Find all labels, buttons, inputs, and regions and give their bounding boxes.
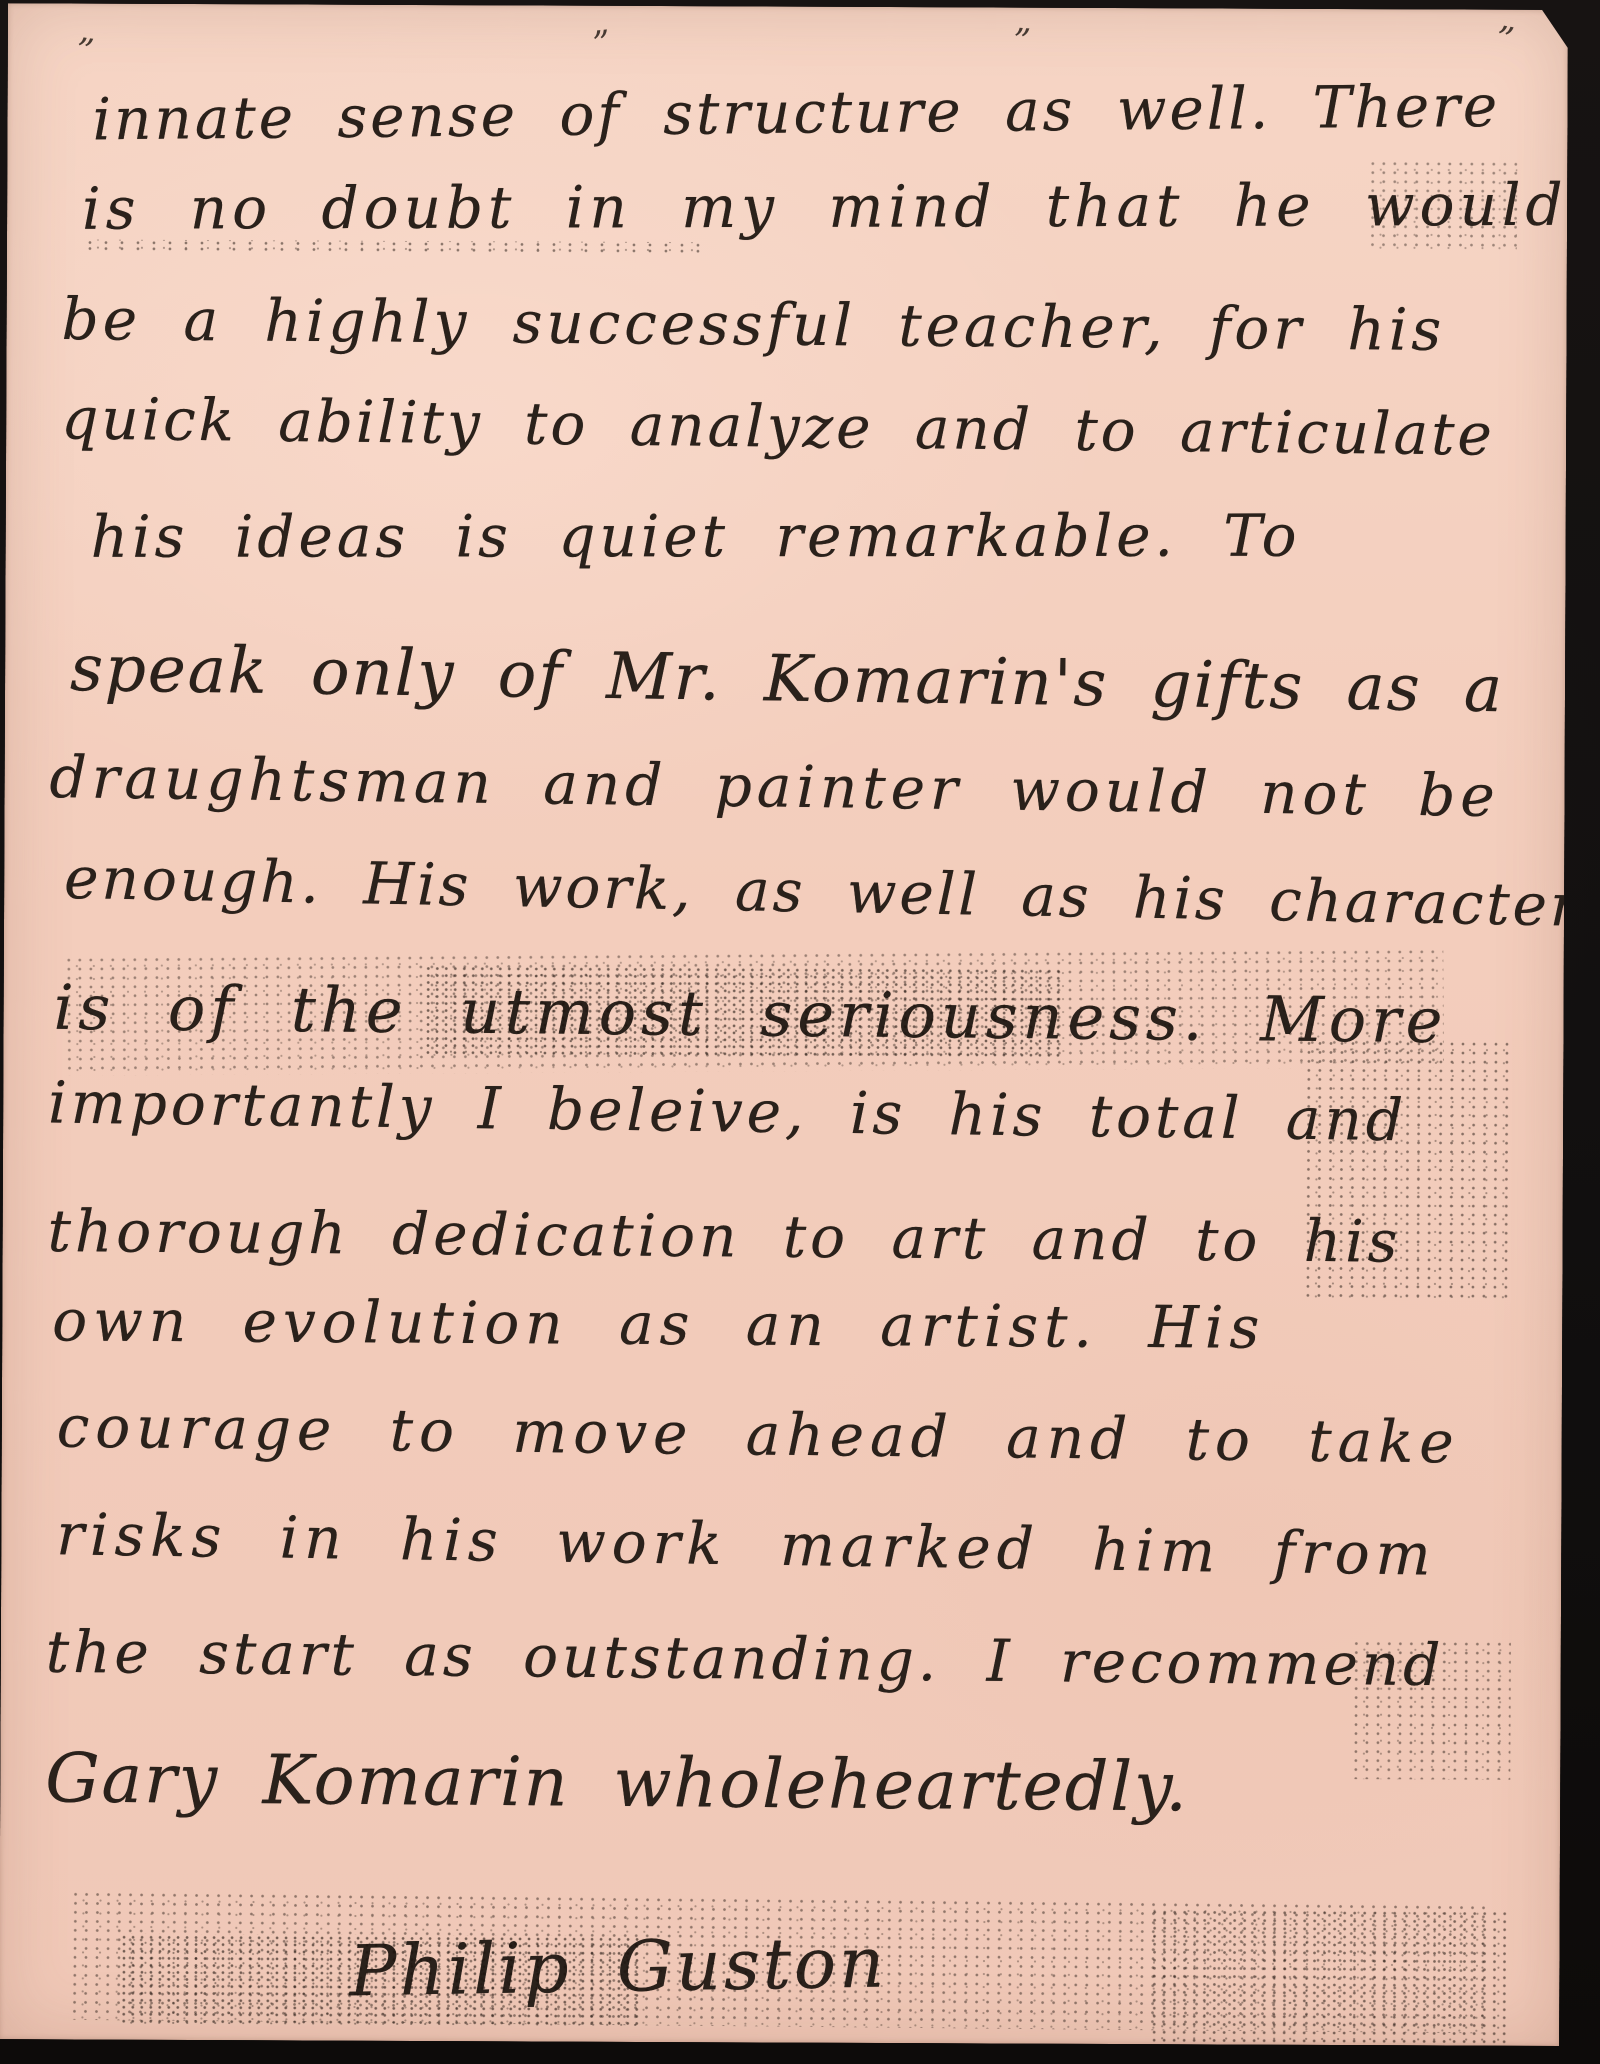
handwritten-line: is no doubt in my mind that he would	[82, 175, 1568, 240]
handwritten-line: the start as outstanding. I recommend	[46, 1622, 1445, 1696]
handwritten-line: is of the utmost seriousness. More	[53, 975, 1447, 1053]
handwritten-line: speak only of Mr. Komarin's gifts as a	[70, 636, 1505, 724]
handwritten-line: quick ability to analyze and to articula…	[61, 388, 1495, 465]
handwritten-line: draughtsman and painter would not be	[49, 747, 1500, 827]
stray-ink-mark: ”	[1011, 21, 1031, 62]
handwritten-line: importantly I beleive, is his total and	[48, 1072, 1408, 1151]
handwritten-line: own evolution as an artist. His	[52, 1290, 1265, 1358]
photocopy-noise-bottom-right	[1149, 1908, 1510, 2050]
handwritten-line: Gary Komarin wholeheartedly.	[45, 1743, 1189, 1823]
handwritten-line: thorough dedication to art and to his	[47, 1201, 1401, 1273]
handwritten-line: risks in his work marked him from	[56, 1504, 1437, 1585]
handwritten-line: innate sense of structure as well. There	[92, 76, 1500, 150]
signature-philip-guston: Philip Guston	[349, 1926, 888, 2008]
stray-ink-mark: ”	[591, 23, 612, 65]
scanned-letter-background: innate sense of structure as well. There…	[0, 0, 1600, 2064]
handwritten-line: his ideas is quiet remarkable. To	[91, 506, 1301, 568]
handwritten-line: courage to move ahead and to take	[56, 1397, 1460, 1474]
handwritten-line: enough. His work, as well as his charact…	[64, 848, 1582, 937]
handwritten-line: be a highly successful teacher, for his	[61, 289, 1445, 361]
stray-ink-mark: ”	[73, 30, 96, 72]
stray-ink-mark: ”	[1492, 18, 1516, 60]
letter-page: innate sense of structure as well. There…	[0, 3, 1568, 2046]
